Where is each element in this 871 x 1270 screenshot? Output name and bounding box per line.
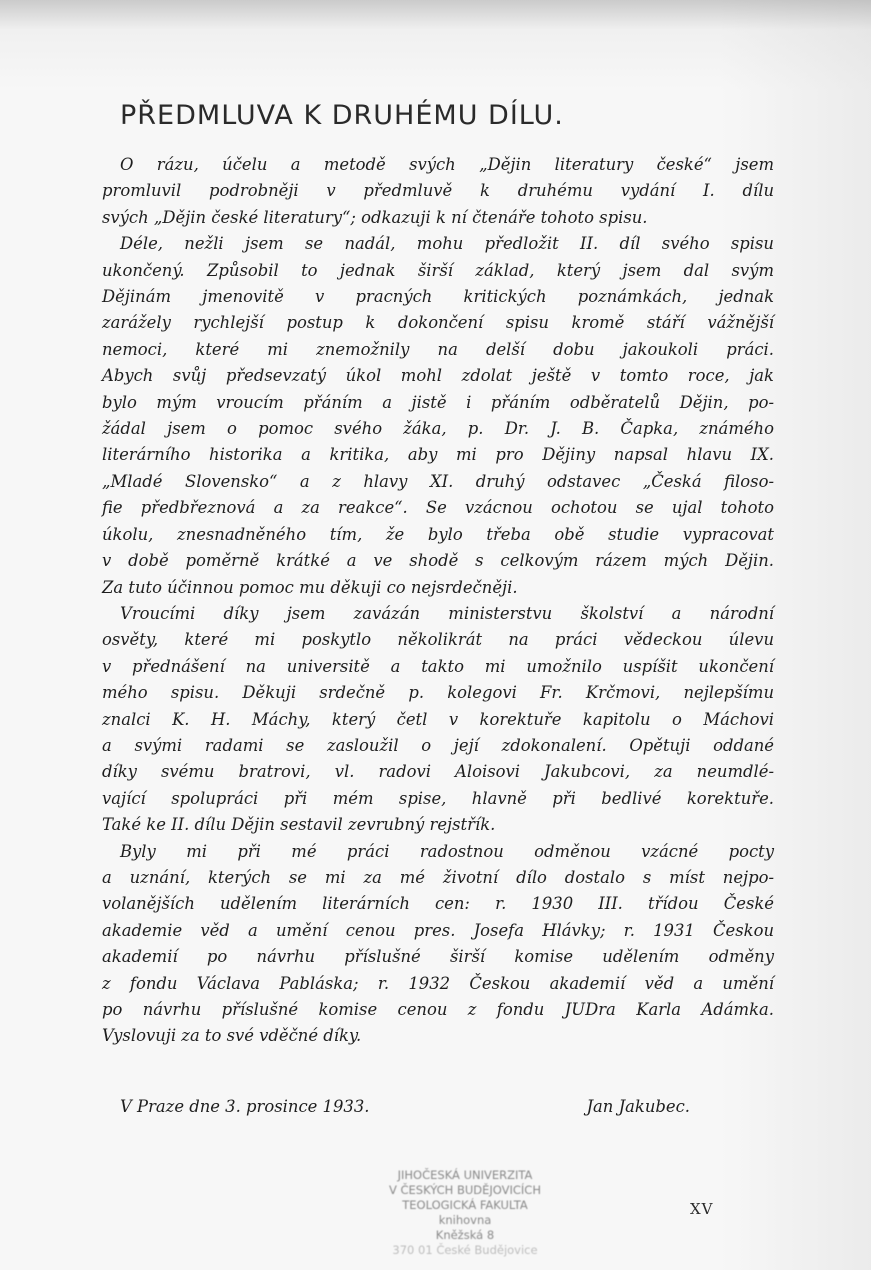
text-line: mého spisu. Děkuji srdečně p. kolegovi F… [102,680,774,706]
library-stamp: JIHOČESKÁ UNIVERZITA V ČESKÝCH BUDĚJOVIC… [345,1168,585,1258]
text-line: Vyslovuji za to své vděčné díky. [102,1023,774,1049]
text-line: znalci K. H. Máchy, který četl v korektu… [102,707,774,733]
text-line: zarážely rychlejší postup k dokončení sp… [102,310,774,336]
text-line: akademie věd a umění cenou pres. Josefa … [102,918,774,944]
text-line: Byly mi při mé práci radostnou odměnou v… [102,839,774,865]
text-line: O rázu, účelu a metodě svých „Dějin lite… [102,152,774,178]
stamp-line: JIHOČESKÁ UNIVERZITA [345,1168,585,1183]
text-line: akademií po návrhu příslušné širší komis… [102,944,774,970]
place-date: V Praze dne 3. prosince 1933. [120,1097,369,1116]
text-line: literárního historika a kritika, aby mi … [102,442,774,468]
text-line: Déle, nežli jsem se nadál, mohu předloži… [102,231,774,257]
text-line: promluvil podrobněji v předmluvě k druhé… [102,178,774,204]
text-line: z fondu Václava Pabláska; r. 1932 Českou… [102,971,774,997]
stamp-line: 370 01 České Budějovice [345,1243,585,1258]
stamp-line: TEOLOGICKÁ FAKULTA [345,1198,585,1213]
text-line: nemoci, které mi znemožnily na delší dob… [102,337,774,363]
signature: Jan Jakubec. [586,1097,690,1116]
text-line: ukončený. Způsobil to jednak širší zákla… [102,258,774,284]
text-line: díky svému bratrovi, vl. radovi Aloisovi… [102,759,774,785]
text-line: po návrhu příslušné komise cenou z fondu… [102,997,774,1023]
text-line: osvěty, které mi poskytlo několikrát na … [102,627,774,653]
preface-body: O rázu, účelu a metodě svých „Dějin lite… [102,152,774,1050]
text-line: bylo mým vroucím přáním a jistě i přáním… [102,390,774,416]
text-line: Abych svůj předsevzatý úkol mohl zdolat … [102,363,774,389]
text-line: „Mladé Slovensko“ a z hlavy XI. druhý od… [102,469,774,495]
text-line: svých „Dějin české literatury“; odkazuji… [102,205,774,231]
text-line: Také ke II. dílu Dějin sestavil zevrubný… [102,812,774,838]
text-line: fie předbřeznová a za reakce“. Se vzácno… [102,495,774,521]
text-line: Za tuto účinnou pomoc mu děkuji co nejsr… [102,575,774,601]
text-line: úkolu, znesnadněného tím, že bylo třeba … [102,522,774,548]
text-line: Vroucími díky jsem zavázán ministerstvu … [102,601,774,627]
text-line: vající spolupráci při mém spise, hlavně … [102,786,774,812]
closing: V Praze dne 3. prosince 1933. Jan Jakube… [120,1097,690,1116]
text-line: volanějších udělením literárních cen: r.… [102,891,774,917]
text-line: Dějinám jmenovitě v pracných kritických … [102,284,774,310]
stamp-line: V ČESKÝCH BUDĚJOVICÍCH [345,1183,585,1198]
text-line: a uznání, kterých se mi za mé životní dí… [102,865,774,891]
text-line: a svými radami se zasloužil o její zdoko… [102,733,774,759]
stamp-line: knihovna [345,1213,585,1228]
page-title: PŘEDMLUVA K DRUHÉMU DÍLU. [120,100,680,131]
book-page: PŘEDMLUVA K DRUHÉMU DÍLU. O rázu, účelu … [0,0,871,1270]
page-number: XV [690,1200,714,1218]
text-line: v době poměrně krátké a ve shodě s celko… [102,548,774,574]
text-line: žádal jsem o pomoc svého žáka, p. Dr. J.… [102,416,774,442]
text-line: v přednášení na universitě a takto mi um… [102,654,774,680]
stamp-line: Kněžská 8 [345,1228,585,1243]
